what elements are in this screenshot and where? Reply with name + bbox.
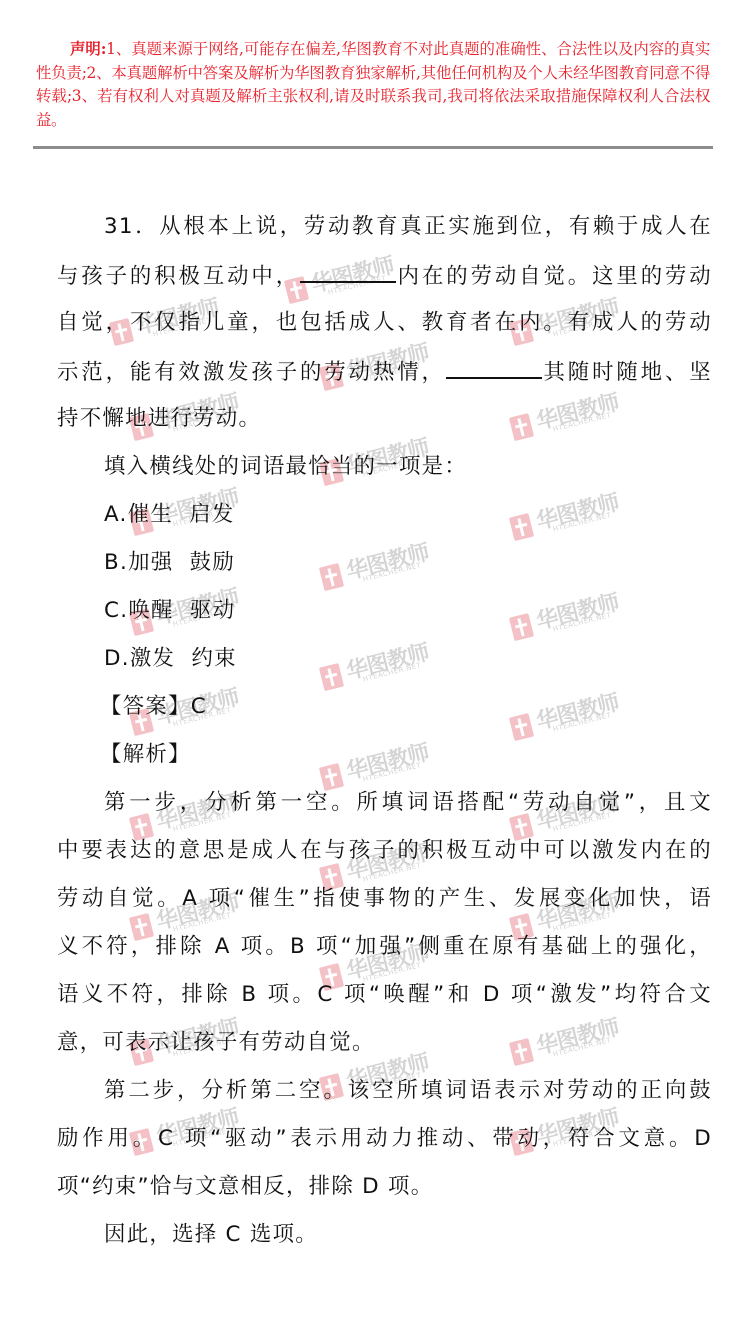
analysis-line: 语义不符，排除 B 项。C 项“唤醒”和 D 项“激发”均符合文 (57, 981, 712, 1009)
analysis-line: 义不符，排除 A 项。B 项“加强”侧重在原有基础上的强化， (57, 933, 712, 961)
question-line: 自觉，不仅指儿童，也包括成人、教育者在内。有成人的劳动 (57, 309, 712, 337)
disclaimer-label: 声明: (70, 40, 106, 58)
answer-row: 【答案】C (100, 693, 748, 721)
disclaimer: 声明:1、真题来源于网络,可能存在偏差,华图教育不对此真题的准确性、合法性以及内… (36, 38, 710, 132)
option-d: D.激发 约束 (104, 645, 712, 673)
analysis-line: 第二步，分析第二空。该空所填词语表示对劳动的正向鼓 (104, 1077, 712, 1105)
question-line: 与孩子的积极互动中，内在的劳动自觉。这里的劳动 (57, 261, 712, 289)
analysis-line: 第一步，分析第一空。所填词语搭配“劳动自觉”，且文 (104, 789, 712, 817)
analysis-line: 意，可表示让孩子有劳动自觉。 (57, 1029, 712, 1057)
option-b: B.加强 鼓励 (104, 549, 712, 577)
disclaimer-text: 1、真题来源于网络,可能存在偏差,华图教育不对此真题的准确性、合法性以及内容的真… (36, 40, 710, 129)
question-line: 示范，能有效激发孩子的劳动热情，其随时随地、坚 (57, 357, 712, 385)
analysis-line: 中要表达的意思是成人在与孩子的积极互动中可以激发内在的 (57, 837, 712, 865)
answer-value: C (191, 694, 207, 719)
header-divider (33, 146, 713, 149)
question-line: 持不懈地进行劳动。 (57, 405, 712, 433)
analysis-line: 项“约束”恰与文意相反，排除 D 项。 (57, 1173, 712, 1201)
fill-blank-1 (300, 261, 396, 283)
option-a: A.催生 启发 (104, 501, 712, 529)
question-prompt: 填入横线处的词语最恰当的一项是： (104, 453, 712, 481)
question-line: 31．从根本上说，劳动教育真正实施到位，有赖于成人在 (104, 213, 712, 241)
fill-blank-2 (446, 357, 542, 379)
answer-label: 【答案】 (100, 694, 191, 719)
option-c: C.唤醒 驱动 (104, 597, 712, 625)
analysis-label: 【解析】 (100, 741, 748, 769)
analysis-line: 励作用。C 项“驱动”表示用动力推动、带动，符合文意。D (57, 1125, 712, 1153)
analysis-conclusion: 因此，选择 C 选项。 (104, 1221, 712, 1249)
analysis-line: 劳动自觉。A 项“催生”指使事物的产生、发展变化加快，语 (57, 885, 712, 913)
